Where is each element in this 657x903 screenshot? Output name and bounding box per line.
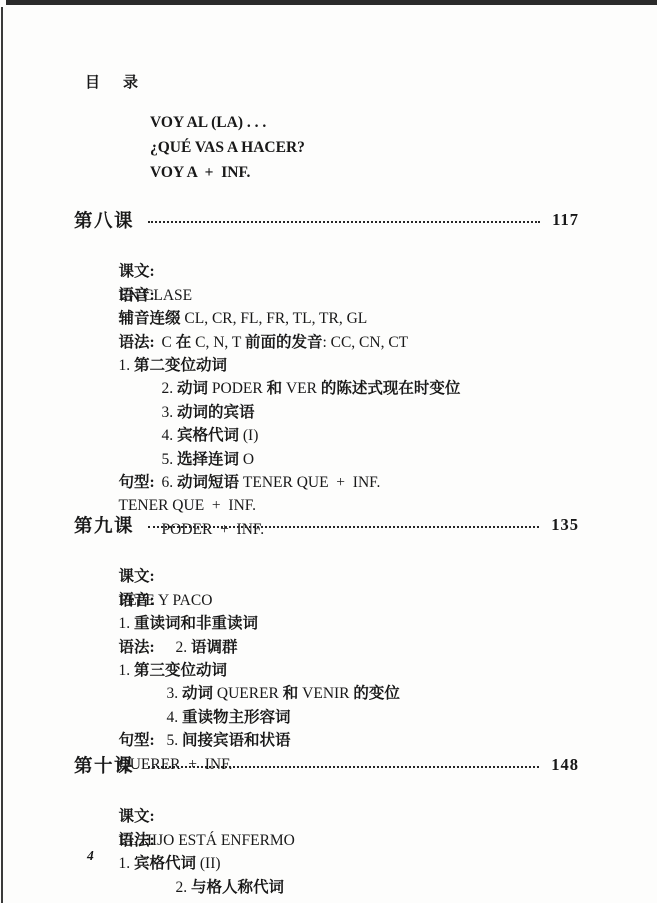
toc-line: C 在 C, N, T 前面的发音: CC, CN, CT (146, 284, 408, 307)
section-page-number: 117 (552, 210, 579, 230)
section-heading-row: 第八课 117 (74, 207, 579, 232)
scan-left-edge-line (1, 7, 3, 903)
document-page: 目 录 VOY AL (LA) . . .¿QUÉ VAS A HACER?VO… (0, 0, 657, 903)
line-label: 语法: (119, 832, 155, 849)
intro-line: ¿QUÉ VAS A HACER? (150, 135, 305, 160)
dot-leader (148, 221, 540, 223)
toc-line: 2. 语调群 (160, 589, 238, 612)
section-title: 第十课 (74, 752, 134, 778)
toc-line: 课文: EN CLASE (103, 237, 192, 260)
line-label: 句型: (119, 732, 155, 749)
toc-line: 3. 动词的宾语 (146, 354, 255, 377)
toc-line: 课文: EL HIJO ESTÁ ENFERMO (103, 782, 295, 805)
section-title: 第九课 (74, 512, 134, 538)
toc-line: 句型: QUERER + INF. (103, 706, 232, 729)
line-label: 语法: (119, 639, 155, 656)
line-text: 2. 与格人称代词 (176, 879, 285, 896)
toc-line: 语法: 1. 宾格代词 (II) (103, 805, 221, 828)
toc-line: 句型: TENER QUE + INF. (103, 448, 256, 471)
toc-line: 4. 重读物主形容词 (151, 659, 291, 682)
toc-line: 语音: 辅音连缀 CL, CR, FL, FR, TL, TR, GL (103, 260, 367, 283)
toc-line: PODER + INF. (146, 471, 264, 494)
page-header-title: 目 录 (85, 71, 142, 92)
toc-line: 5. 间接宾语和状语 (151, 682, 291, 705)
toc-line: 语法: 1. 第三变位动词 (103, 612, 227, 635)
toc-line: 6. 动词短语 TENER QUE + INF. (146, 424, 380, 447)
line-text: 5. 间接宾语和状语 (167, 732, 291, 749)
scan-top-edge-line (6, 0, 657, 5)
section-title: 第八课 (74, 207, 134, 233)
toc-line: 2. 与格人称代词 (160, 829, 284, 852)
section-heading-row: 第九课 135 (74, 512, 579, 537)
line-label: 语音: (119, 592, 155, 609)
section-page-number: 135 (551, 515, 579, 535)
footer-page-number: 4 (87, 848, 94, 864)
toc-line: 5. 选择连词 O (146, 401, 254, 424)
toc-line: 4. 宾格代词 (I) (146, 377, 258, 400)
toc-line: 语法: 1. 第二变位动词 (103, 307, 227, 330)
section-page-number: 148 (551, 755, 579, 775)
intro-line: VOY A + INF. (150, 160, 305, 185)
intro-block: VOY AL (LA) . . .¿QUÉ VAS A HACER?VOY A … (150, 110, 305, 186)
section-heading-row: 第十课 148 (74, 752, 579, 777)
toc-line: 课文: PEPE Y PACO (103, 542, 212, 565)
dot-leader (148, 526, 539, 528)
toc-line: 2. 动词 PODER 和 VER 的陈述式现在时变位 (146, 331, 460, 354)
toc-line: 3. 动词 QUERER 和 VENIR 的变位 (151, 636, 400, 659)
dot-leader (148, 766, 539, 768)
toc-line: 语音: 1. 重读词和非重读词 (103, 565, 258, 588)
intro-line: VOY AL (LA) . . . (150, 110, 305, 135)
